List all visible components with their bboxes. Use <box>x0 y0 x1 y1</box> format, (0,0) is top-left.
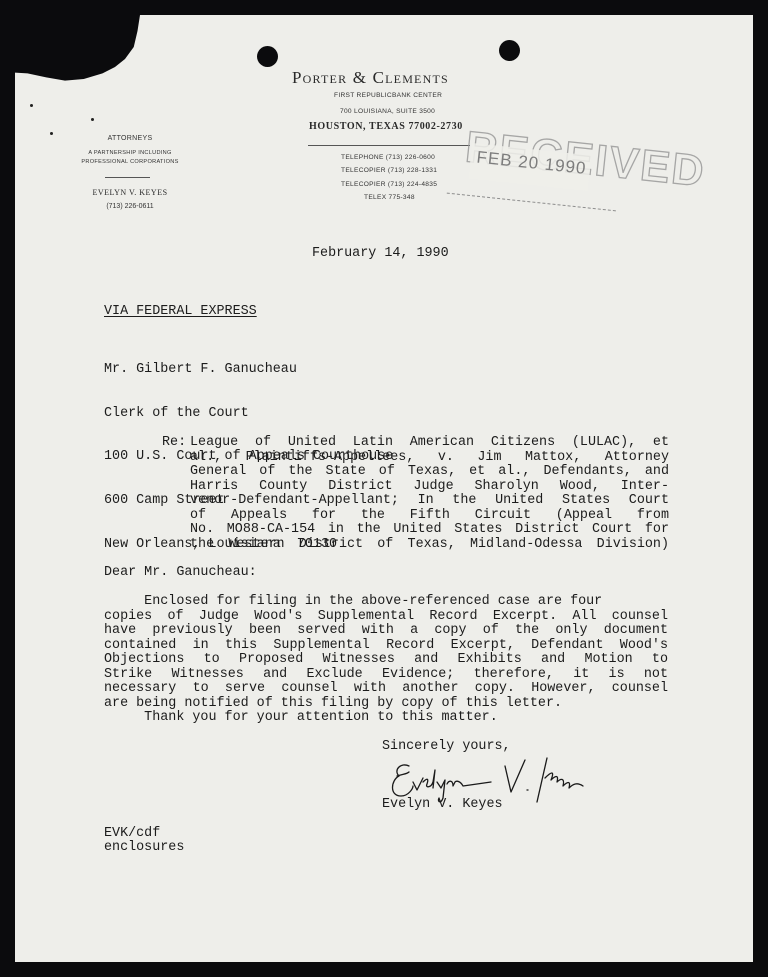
building: FIRST REPUBLICBANK CENTER <box>334 92 442 99</box>
re-line: No. MO88-CA-154 in the United States Dis… <box>190 523 669 538</box>
body-line: have previously been served with a copy … <box>104 624 668 639</box>
attorneys-label: ATTORNEYS <box>65 135 195 142</box>
partnership-line-2: PROFESSIONAL CORPORATIONS <box>65 159 195 165</box>
salutation: Dear Mr. Ganucheau: <box>104 566 257 581</box>
body-line: Objections to Proposed Witnesses and Exh… <box>104 653 668 668</box>
re-line: al., Plaintiffs-Appellees, v. Jim Mattox… <box>190 451 669 466</box>
body-line: necessary to serve counsel with another … <box>104 682 668 697</box>
re-line: General of the State of Texas, et al., D… <box>190 465 669 480</box>
letterhead-rule <box>308 145 470 146</box>
recipient-line: Clerk of the Court <box>104 407 393 422</box>
body-line: Enclosed for filing in the above-referen… <box>104 595 668 610</box>
re-subject: League of United Latin American Citizens… <box>190 436 669 552</box>
punch-hole <box>257 46 278 67</box>
punch-hole <box>499 40 520 61</box>
re-line: League of United Latin American Citizens… <box>190 436 669 451</box>
attorney-name: EVELYN V. KEYES <box>65 188 195 197</box>
street: 700 LOUISIANA, SUITE 3500 <box>340 108 435 115</box>
closing-paragraph: Thank you for your attention to this mat… <box>104 711 498 726</box>
telecopier-1: TELECOPIER (713) 228-1331 <box>341 167 437 174</box>
re-line: venor-Defendant-Appellant; In the United… <box>190 494 669 509</box>
re-line: Harris County District Judge Sharolyn Wo… <box>190 480 669 495</box>
telephone: TELEPHONE (713) 226-0600 <box>341 154 435 161</box>
signer-name: Evelyn V. Keyes <box>382 798 503 813</box>
attorney-phone: (713) 226-0611 <box>65 203 195 210</box>
enclosures-note: enclosures <box>104 841 184 856</box>
letter-date: February 14, 1990 <box>312 247 449 262</box>
firm-name: Porter & Clements <box>292 68 449 88</box>
re-label: Re: <box>162 436 186 451</box>
speck <box>91 118 94 121</box>
speck <box>30 104 33 107</box>
re-line: of Appeals for the Fifth Circuit (Appeal… <box>190 509 669 524</box>
body-line: copies of Judge Wood's Supplemental Reco… <box>104 610 668 625</box>
letter-page: Porter & Clements FIRST REPUBLICBANK CEN… <box>15 15 753 962</box>
torn-corner <box>15 15 140 95</box>
body-paragraph: Enclosed for filing in the above-referen… <box>104 595 668 711</box>
city: HOUSTON, TEXAS 77002-2730 <box>309 121 463 132</box>
delivery-method: VIA FEDERAL EXPRESS <box>104 305 257 320</box>
body-line: contained in this Supplemental Record Ex… <box>104 639 668 654</box>
speck <box>50 132 53 135</box>
body-line: Strike Witnesses and Exclude Evidence; t… <box>104 668 668 683</box>
received-stamp: RECEIVED FEB 20 1990 <box>446 115 634 223</box>
telex: TELEX 775-348 <box>364 194 415 201</box>
telecopier-2: TELECOPIER (713) 224-4835 <box>341 181 437 188</box>
partnership-line-1: A PARTNERSHIP INCLUDING <box>65 150 195 156</box>
left-column-rule <box>105 177 150 178</box>
recipient-line: Mr. Gilbert F. Ganucheau <box>104 363 393 378</box>
stamp-dashed-line <box>447 193 616 212</box>
re-line: the Western District of Texas, Midland-O… <box>190 538 669 553</box>
